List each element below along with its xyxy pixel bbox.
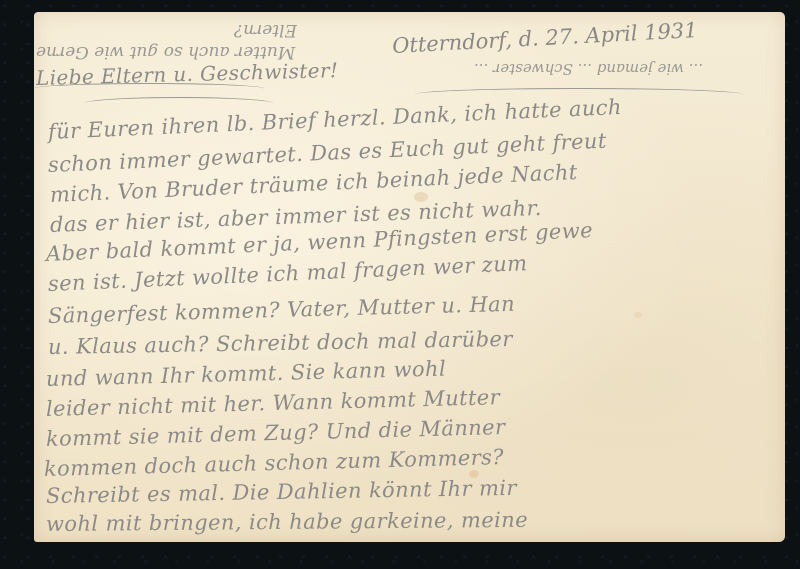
upside-down-note-line-3: ... wie jemand ... Schwester ... <box>474 60 703 78</box>
body-line-11: kommt sie mit dem Zug? Und die Männer <box>46 415 506 451</box>
body-line-7: Sängerfest kommen? Vater, Mutter u. Han <box>48 292 516 328</box>
upside-down-note-line-2: Mutter auch so gut wie Gerne <box>36 42 295 62</box>
pencil-stroke <box>84 97 274 110</box>
dateline-place: Otterndorf, d. <box>392 26 540 58</box>
dateline-day: 27. <box>545 24 580 50</box>
dateline: Otterndorf, d. 27. April 1931 <box>392 18 699 58</box>
body-line-9: und wann Ihr kommt. Sie kann wohl <box>46 357 447 391</box>
salutation: Liebe Eltern u. Geschwister! <box>36 58 339 90</box>
dateline-month: April <box>585 21 638 48</box>
body-line-12: kommen doch auch schon zum Kommers? <box>44 445 505 481</box>
upside-down-note-line-1: Eltern? <box>234 20 297 40</box>
postcard: Eltern? Mutter auch so gut wie Gerne ...… <box>34 12 785 542</box>
body-line-13: Schreibt es mal. Die Dahlien könnt Ihr m… <box>46 476 517 508</box>
body-line-10: leider nicht mit her. Wann kommt Mutter <box>46 385 501 421</box>
body-line-8: u. Klaus auch? Schreibt doch mal darüber <box>48 327 513 359</box>
dateline-year: 1931 <box>644 18 699 45</box>
paper-stain <box>634 312 642 318</box>
body-line-14: wohl mit bringen, ich habe garkeine, mei… <box>46 508 528 536</box>
